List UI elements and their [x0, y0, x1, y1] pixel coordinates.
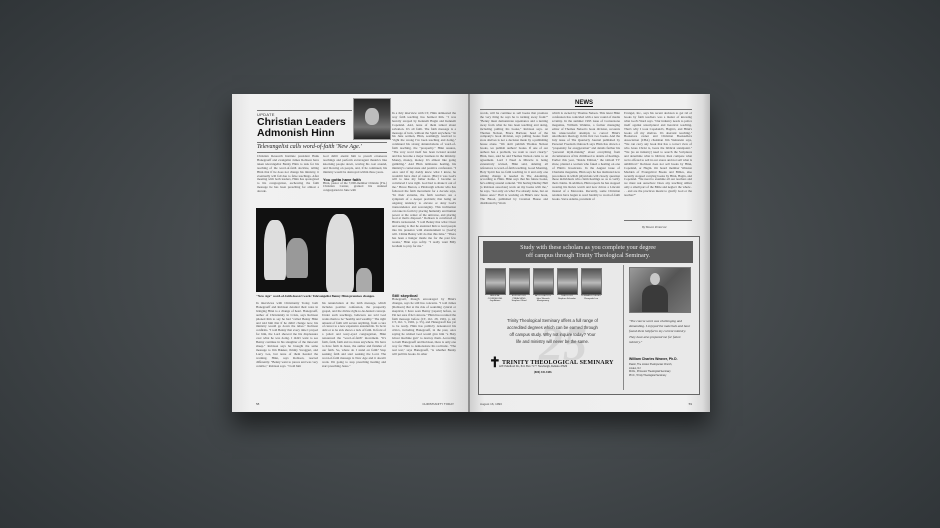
- headline: Christian Leaders Admonish Hinn: [257, 117, 357, 139]
- ad-banner-line-1: Study with these scholars as you complet…: [483, 244, 693, 252]
- testimonial-name: William Charles Weaver, Ph.D.: [629, 357, 678, 361]
- photo-figure-kneeling: [286, 238, 308, 278]
- scholar-name: Jay Adams: [484, 300, 506, 303]
- news-col-3: Evangel, Inc., says his recent decision …: [624, 112, 692, 218]
- testimonial-credential: Ph.D., Trinity Theological Seminary: [629, 374, 666, 377]
- article-col-2-text: God didn't anoint him to preach erroneou…: [323, 155, 387, 175]
- scholar-photo-1: [485, 268, 506, 295]
- scholar-name: Stephen Schrader: [556, 298, 578, 301]
- top-rule: [257, 110, 352, 111]
- left-page: UPDATE Christian Leaders Admonish Hinn T…: [232, 94, 470, 412]
- testimonial-quote: "The course work was challenging and dem…: [629, 319, 691, 345]
- right-page: NEWS words, will he continue to sell boo…: [470, 94, 710, 412]
- photo-figure-hinn: [326, 214, 354, 292]
- scholar-photo-2: [509, 268, 530, 295]
- section-head: NEWS: [575, 100, 593, 107]
- byline: By Bowen Pentecost: [642, 225, 667, 229]
- magazine-name: CHRISTIANITY TODAY: [422, 402, 454, 406]
- ad-banner: Study with these scholars as you complet…: [483, 241, 693, 263]
- photo-caption: "New Age" word-of-faith doesn't work: Te…: [256, 294, 386, 298]
- scholar-name: Stephen Olford: [508, 300, 530, 303]
- scholar-name: John Warwick Montgomery: [532, 298, 554, 303]
- scholar-name: Chaeyoub Lee: [580, 298, 602, 301]
- news-col-2: which is owned by Thomas Nelson. This la…: [552, 112, 620, 232]
- ad-body-line: accredited degrees which can be earned t…: [485, 324, 620, 331]
- article-col-2: God didn't anoint him to preach erroneou…: [323, 155, 387, 205]
- author-portrait: [353, 98, 391, 140]
- scholar-label-1: BIBLICAL COUNSELING Jay Adams: [484, 295, 506, 303]
- scholar-photo-3: [533, 268, 554, 295]
- seminary-phone: (800) 345-3386: [534, 371, 551, 374]
- news-col-1: words, will he continue to sell books th…: [480, 112, 548, 232]
- article-col-2-text-b: Hinn, pastor of the 7,000-member Orlando…: [323, 182, 387, 194]
- magazine-spread: UPDATE Christian Leaders Admonish Hinn T…: [232, 94, 710, 412]
- article-col-3: In a July interview with CT, Hinn deline…: [392, 112, 456, 400]
- ad-body-line: off campus study. Why not inquire today?…: [485, 331, 620, 338]
- article-col-1: Christian Research Institute president H…: [257, 155, 319, 205]
- deck-rule-bottom: [257, 152, 387, 153]
- photo-figure-left: [264, 220, 286, 280]
- issue-date: August 16, 1993: [480, 402, 502, 406]
- ad-banner-line-2: off campus through Trinity Theological S…: [483, 252, 693, 260]
- scholar-label-2: EXPOSITORY PREACHING Stephen Olford: [508, 295, 530, 303]
- byline-rule: [624, 220, 692, 221]
- ad-body-line: Trinity Theological Seminary offers a fu…: [485, 317, 620, 324]
- article-bottom-col-2: his renunciation of the faith message, w…: [322, 302, 386, 398]
- ad-divider: [623, 265, 624, 390]
- page-number-right: 59: [689, 402, 692, 406]
- seminary-advertisement: Study with these scholars as you complet…: [478, 236, 700, 395]
- article-col-3-text-b: Hanegraaff, though encouraged by Hinn's …: [392, 298, 456, 357]
- photo-figure-right: [356, 268, 372, 292]
- seminary-logo: ✝TRINITY THEOLOGICAL SEMINARY: [489, 355, 614, 372]
- scholar-label-5: KOREAN STUDIES Chaeyoub Lee: [580, 295, 602, 300]
- section-rule: [480, 109, 692, 110]
- ad-body: Trinity Theological Seminary offers a fu…: [485, 317, 620, 345]
- seminary-address: 4233 Medford Dr., P.O. Box 717 • Newburg…: [499, 365, 567, 368]
- ad-body-line: life and ministry will never be the same…: [485, 338, 620, 345]
- article-col-3-text: In a July interview with CT, Hinn deline…: [392, 112, 456, 290]
- deck-rule: [257, 142, 387, 143]
- article-bottom-col-1: In interviews with Christianity Today, b…: [256, 302, 318, 398]
- hinn-photo: [256, 208, 384, 292]
- testimonial-photo: [629, 267, 691, 313]
- cross-icon: ✝: [489, 356, 501, 371]
- deck: Televangelist calls word-of-faith 'New A…: [257, 144, 362, 150]
- scholar-photo-4: [557, 268, 578, 295]
- scholar-label-4: THEOLOGY Stephen Schrader: [556, 295, 578, 300]
- page-number-left: 58: [256, 402, 259, 406]
- scholar-label-3: APOLOGETICS John Warwick Montgomery: [532, 295, 554, 303]
- scholar-photo-5: [581, 268, 602, 295]
